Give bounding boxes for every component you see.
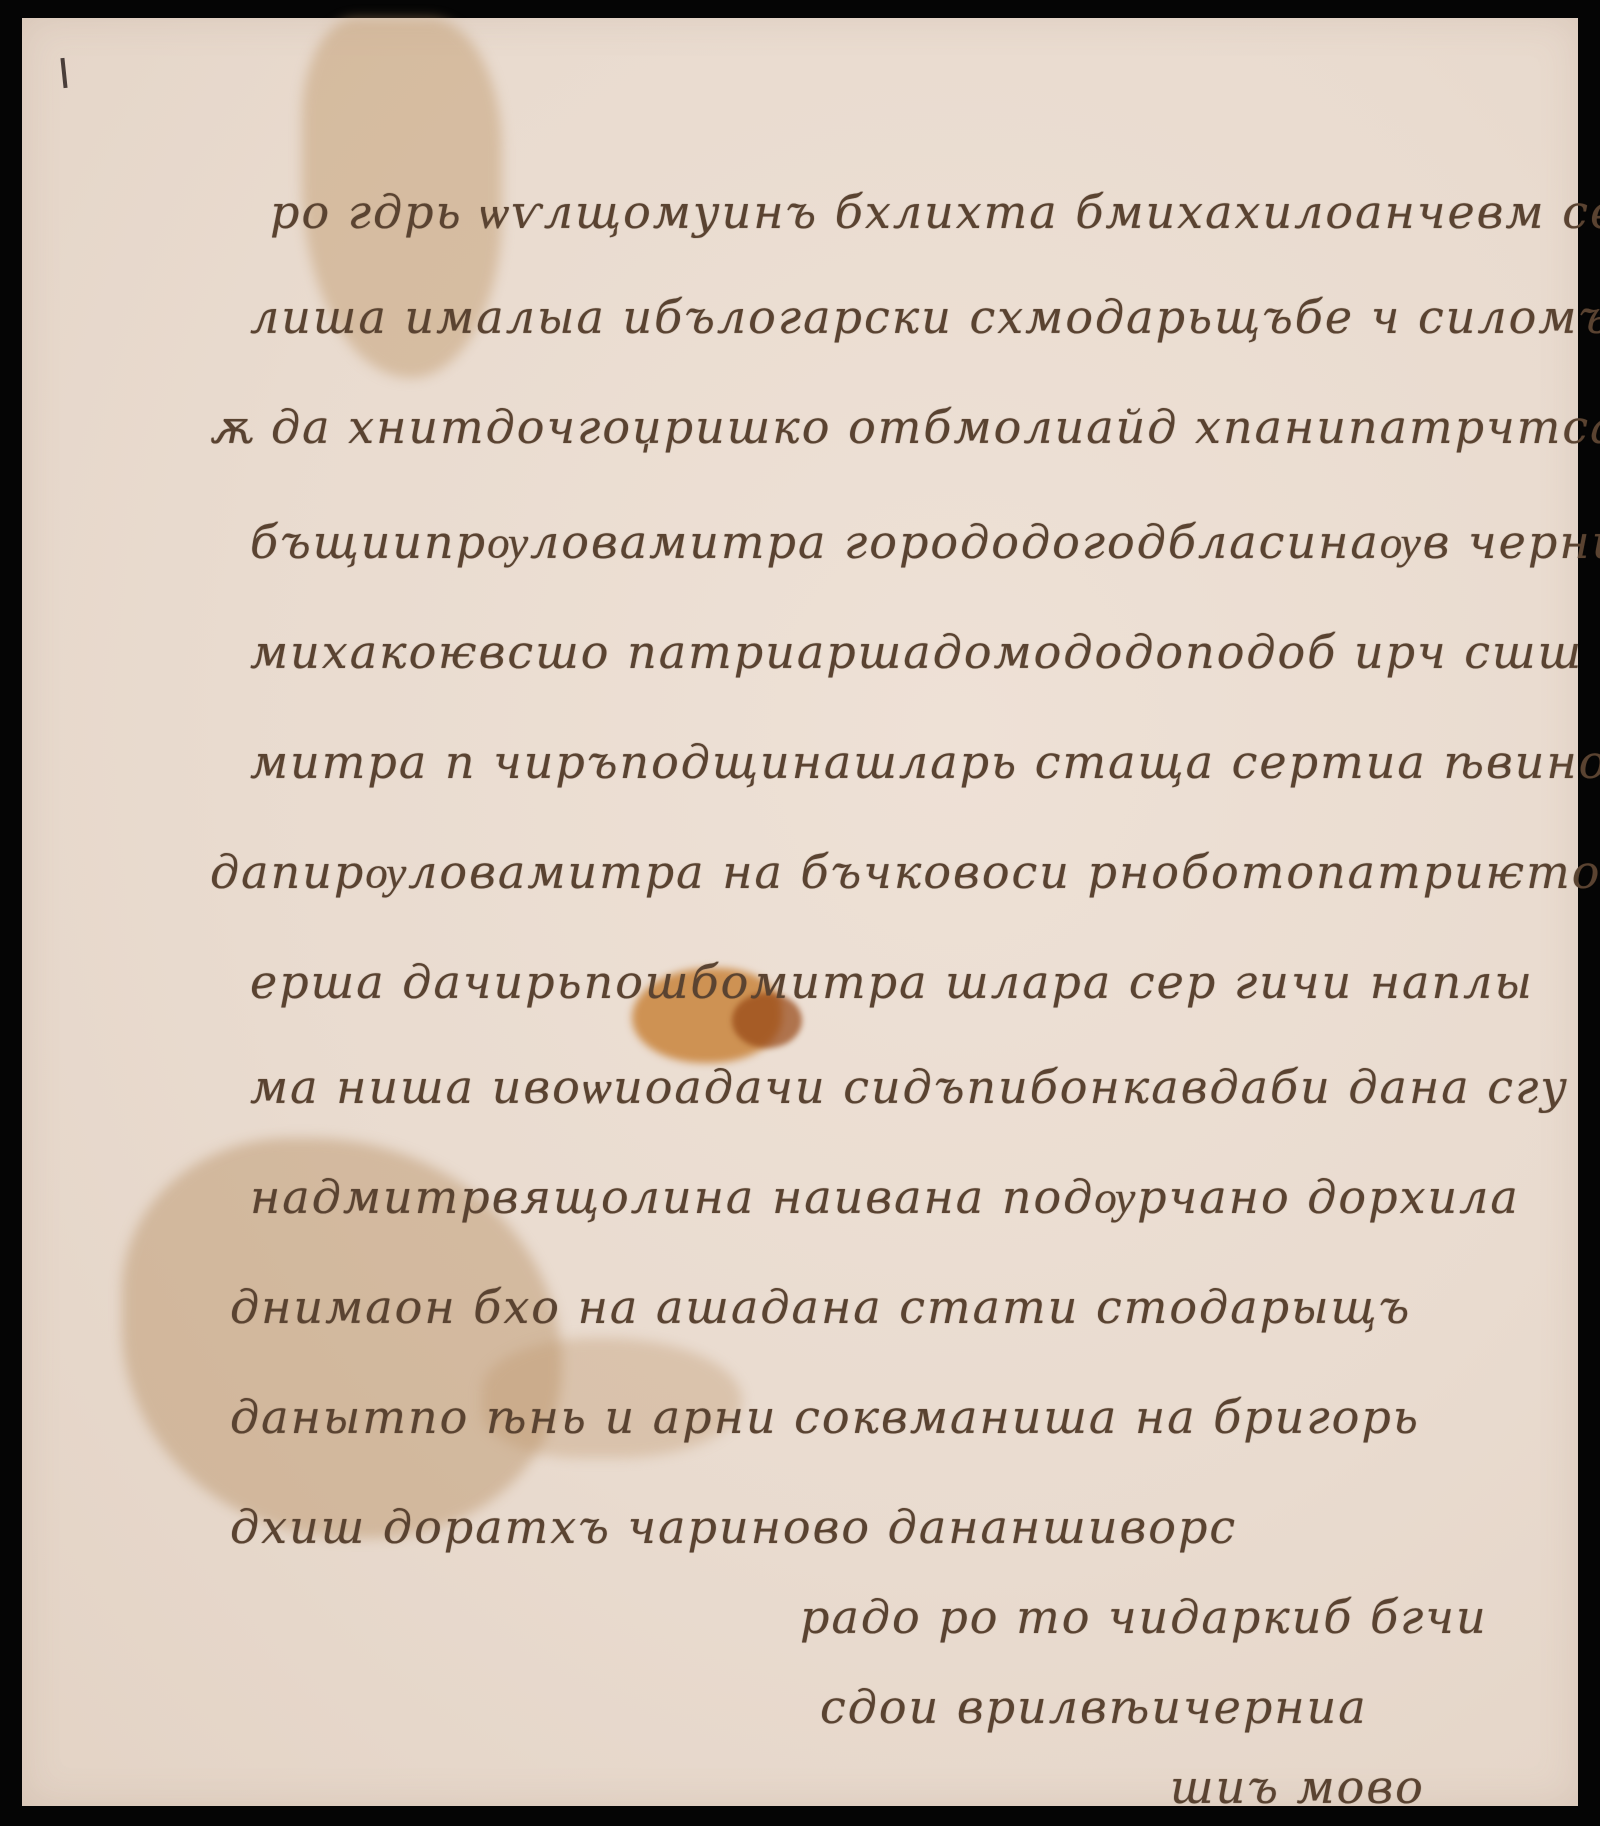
manuscript-line: михакоѥвсшо патриаршадомододоподоб ирч с…: [250, 625, 1583, 679]
manuscript-line: радо ро то чидаркиб бгчи: [800, 1590, 1488, 1644]
manuscript-line: дхиш доратхъ чариново дананшиворс: [230, 1500, 1237, 1554]
manuscript-line: данытпо ѣнь и арни соквманиша на бригорь: [230, 1390, 1420, 1444]
manuscript-line: ѫ да хнитдочгоџришко отбмолиайд хпанипат…: [210, 400, 1600, 454]
manuscript-line: днимаон бхо на ашадана стати стодарыщъ: [230, 1280, 1411, 1334]
manuscript-line: лиша ималыа ибълогарски схмодарьщъбе ч с…: [250, 290, 1600, 344]
manuscript-line: ма ниша ивоѡиоадачи сидъпибонкавдаби дан…: [250, 1060, 1569, 1114]
manuscript-line: шиъ мово: [1170, 1760, 1425, 1814]
manuscript-line: ерша дачирьпошбомитра шлара сер гичи нап…: [250, 955, 1534, 1009]
manuscript-line: бъщиипрѹловамитра горододогодбласинаѹв ч…: [250, 515, 1600, 569]
manuscript-text: ро гдрь ѡѵлщомуинъ бхлихта бмихахилоанче…: [0, 0, 1600, 1826]
manuscript-line: дапирѹловамитра на бъчковоси рноботопатр…: [210, 845, 1600, 899]
manuscript-line: митра п чиръподщинашларь стаща сертиа ѣв…: [250, 735, 1600, 789]
manuscript-line: надмитрвящолина наивана подѹрчано дорхил…: [250, 1170, 1520, 1224]
manuscript-line: сдои врилвѣичерниа: [820, 1680, 1368, 1734]
manuscript-line: ро гдрь ѡѵлщомуинъ бхлихта бмихахилоанче…: [270, 185, 1600, 239]
